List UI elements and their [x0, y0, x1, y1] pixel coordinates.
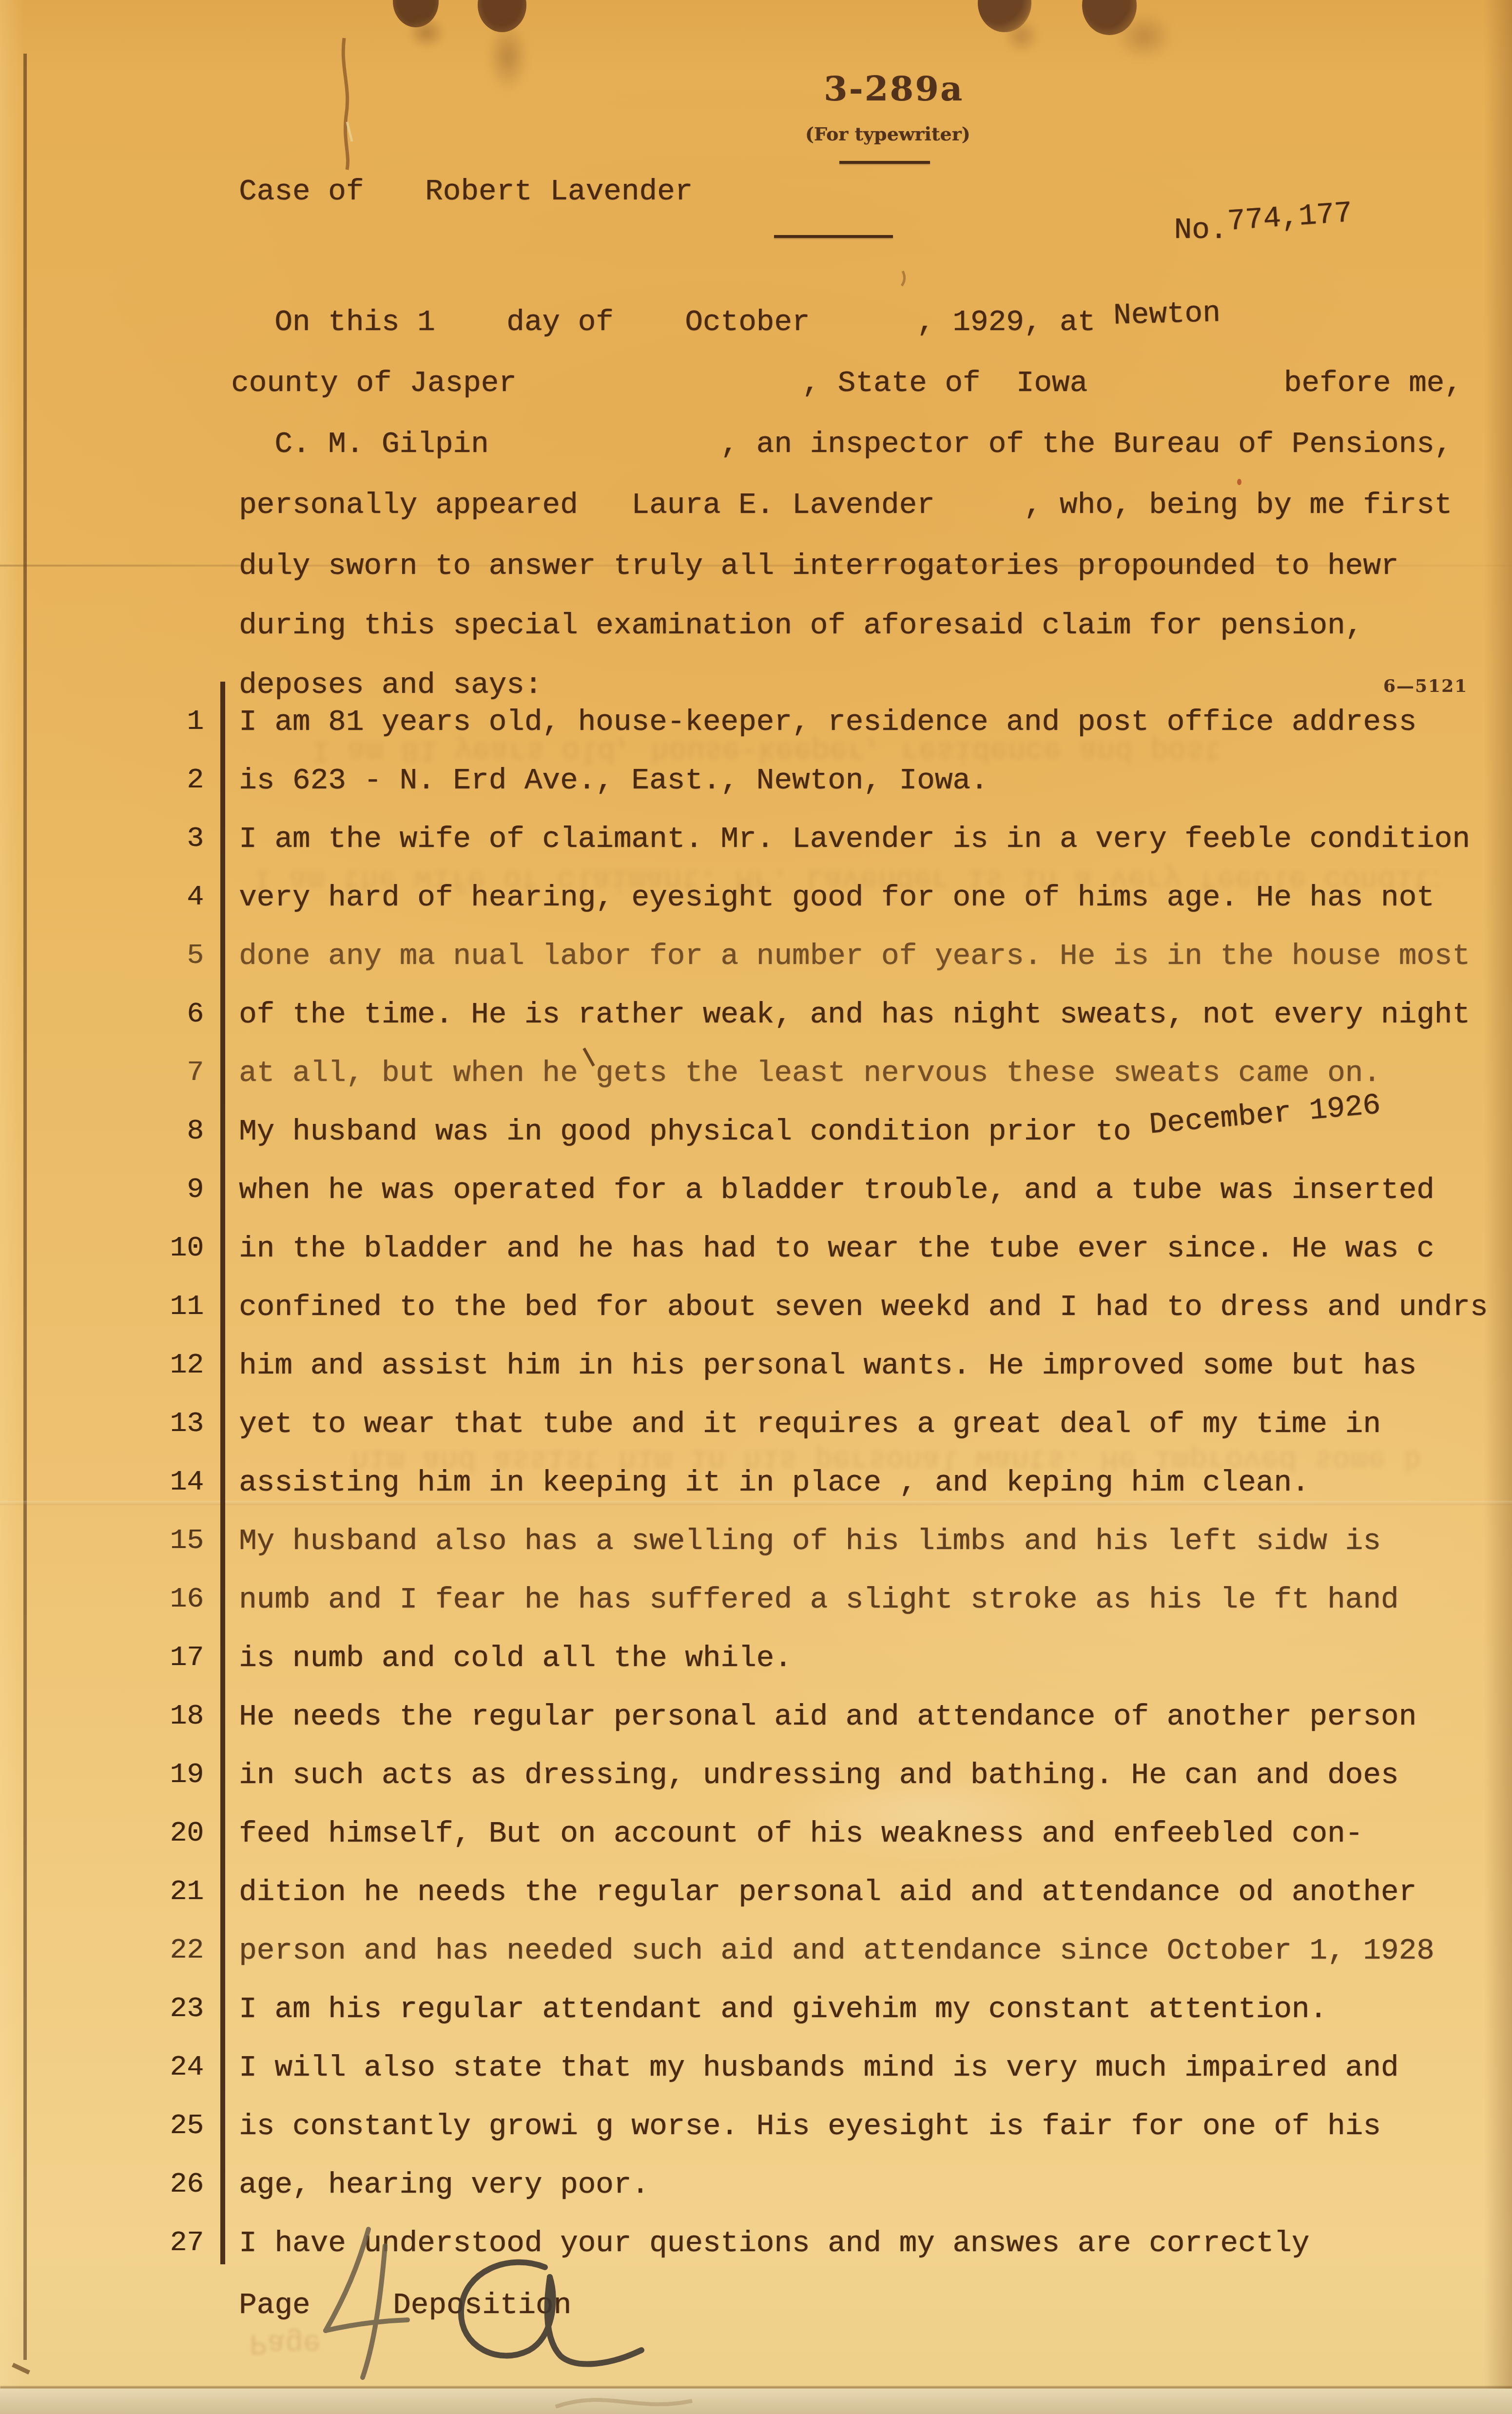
line-text: is constantly growi g worse. His eyesigh… — [239, 2110, 1381, 2143]
line-number: 6 — [0, 999, 204, 1031]
preamble-line: duly sworn to answer truly all interroga… — [239, 550, 1398, 583]
preamble-line: personally appeared Laura E. Lavender , … — [239, 489, 1452, 522]
line-text: I am the wife of claimant. Mr. Lavender … — [239, 823, 1470, 856]
line-text: My husband also has a swelling of his li… — [239, 1525, 1381, 1558]
deposition-line: 8My husband was in good physical conditi… — [0, 1116, 1512, 1174]
punch-hole-shadow — [1003, 18, 1040, 54]
footer-page-label: Page — [239, 2289, 310, 2322]
line-number: 3 — [0, 823, 204, 856]
ghost-offset-text: I am 81 years old, house-keeper, residen… — [312, 732, 1238, 766]
punch-hole-shadow — [1115, 13, 1173, 59]
scanned-deposition-page: 3-289a (For typewriter) Case of Robert L… — [0, 0, 1512, 2414]
preamble-text: On this 1 day of October , 1929, at — [239, 306, 1113, 339]
line-number: 8 — [0, 1116, 204, 1148]
case-number-label: No. — [1174, 214, 1227, 247]
deposition-line: 17is numb and cold all the while. — [0, 1642, 1512, 1701]
line-text: yet to wear that tube and it requires a … — [239, 1408, 1381, 1441]
preamble-line: C. M. Gilpin , an inspector of the Burea… — [239, 428, 1452, 461]
line-number: 18 — [0, 1701, 204, 1733]
line-text: age, hearing very poor. — [239, 2169, 649, 2201]
preamble-line: during this special examination of afore… — [239, 609, 1363, 642]
line-text: person and has needed such aid and atten… — [239, 1935, 1434, 1967]
line-number: 1 — [0, 706, 204, 739]
ghost-offset-text: him and assist him in his personal wants… — [351, 1441, 1423, 1475]
case-number-value: 774,177 — [1226, 197, 1353, 238]
deposition-line: 12him and assist him in his personal wan… — [0, 1350, 1512, 1408]
deposition-line: 10in the bladder and he has had to wear … — [0, 1233, 1512, 1291]
line-number: 25 — [0, 2110, 204, 2143]
line-number: 11 — [0, 1291, 204, 1324]
deposition-line: 22person and has needed such aid and att… — [0, 1935, 1512, 1993]
preamble-line: deposes and says: — [239, 669, 542, 702]
line-text: I will also state that my husbands mind … — [239, 2052, 1398, 2084]
line-text: dition he needs the regular personal aid… — [239, 1876, 1416, 1909]
line-text: when he was operated for a bladder troub… — [239, 1174, 1434, 1207]
divider-rule — [839, 161, 930, 164]
deposition-line: 27I have understood your questions and m… — [0, 2227, 1512, 2286]
deposition-line: 6of the time. He is rather weak, and has… — [0, 999, 1512, 1057]
line-number: 19 — [0, 1759, 204, 1792]
line-text: is numb and cold all the while. — [239, 1642, 792, 1675]
preamble-place: Newton — [1113, 297, 1221, 333]
line-text: He needs the regular personal aid and at… — [239, 1701, 1416, 1733]
ghost-offset-text: I am the wife of claimant. Mr. Lavender … — [253, 861, 1438, 895]
line-text: him and assist him in his personal wants… — [239, 1350, 1416, 1382]
line-text: in the bladder and he has had to wear th… — [239, 1233, 1434, 1265]
underlying-sheet-edge — [0, 2389, 1512, 2414]
form-note: (For typewriter) — [805, 123, 970, 145]
preamble-line: county of Jasper , State of Iowa before … — [231, 367, 1462, 400]
case-of-label: Case of — [239, 176, 364, 208]
line-text: is 623 - N. Erd Ave., East., Newton, Iow… — [239, 765, 988, 797]
deposition-line: 2is 623 - N. Erd Ave., East., Newton, Io… — [0, 765, 1512, 823]
ghost-offset-text: Page — [250, 2325, 406, 2359]
line-text-main: My husband was in good physical conditio… — [239, 1115, 1149, 1149]
deposition-line: 24I will also state that my husbands min… — [0, 2052, 1512, 2110]
case-number: No.774,177 — [1103, 181, 1353, 279]
divider-rule — [774, 235, 893, 238]
print-code: 6—5121 — [1383, 676, 1468, 696]
line-number: 27 — [0, 2227, 204, 2260]
deposition-line: 16numb and I fear he has suffered a slig… — [0, 1584, 1512, 1642]
line-number: 17 — [0, 1642, 204, 1675]
line-number: 10 — [0, 1233, 204, 1265]
deposition-line: 19in such acts as dressing, undressing a… — [0, 1759, 1512, 1818]
deposition-line: 26age, hearing very poor. — [0, 2169, 1512, 2227]
form-number: 3-289a — [824, 68, 964, 109]
line-number: 24 — [0, 2052, 204, 2084]
line-text: done any ma nual labor for a number of y… — [239, 940, 1470, 973]
line-text: I have understood your questions and my … — [239, 2227, 1309, 2260]
line-number: 13 — [0, 1408, 204, 1441]
line-number: 12 — [0, 1350, 204, 1382]
line-number: 14 — [0, 1467, 204, 1499]
deposition-line: 5done any ma nual labor for a number of … — [0, 940, 1512, 999]
punch-hole-shadow — [407, 17, 446, 49]
line-text: of the time. He is rather weak, and has … — [239, 999, 1470, 1031]
line-number: 21 — [0, 1876, 204, 1909]
line-number: 22 — [0, 1935, 204, 1967]
line-text: I am his regular attendant and givehim m… — [239, 1993, 1327, 2026]
ink-speck — [1237, 479, 1241, 485]
line-number: 20 — [0, 1818, 204, 1850]
punch-hole-shadow — [487, 22, 528, 91]
deposition-line: 11confined to the bed for about seven we… — [0, 1291, 1512, 1350]
line-number: 23 — [0, 1993, 204, 2026]
deposition-line: 9when he was operated for a bladder trou… — [0, 1174, 1512, 1233]
deposition-line: 15My husband also has a swelling of his … — [0, 1525, 1512, 1584]
deposition-line: 23I am his regular attendant and givehim… — [0, 1993, 1512, 2052]
line-number: 26 — [0, 2169, 204, 2201]
line-number: 5 — [0, 940, 204, 973]
line-number: 15 — [0, 1525, 204, 1558]
line-text: confined to the bed for about seven week… — [239, 1291, 1488, 1324]
line-text: numb and I fear he has suffered a slight… — [239, 1584, 1398, 1616]
line-text: My husband was in good physical conditio… — [239, 1116, 1381, 1148]
line-number: 9 — [0, 1174, 204, 1207]
footer-deposition-label: Deposition — [393, 2289, 571, 2322]
paper-tear-highlight — [347, 122, 352, 141]
ink-blemish — [902, 271, 905, 286]
line-text: at all, but when he gets the least nervo… — [239, 1057, 1381, 1090]
deposition-line: 14assisting him in keeping it in place ,… — [0, 1467, 1512, 1525]
deposition-line: 18He needs the regular personal aid and … — [0, 1701, 1512, 1759]
claimant-name: Robert Lavender — [425, 176, 693, 208]
line-number: 7 — [0, 1057, 204, 1090]
line-number: 16 — [0, 1584, 204, 1616]
preamble-line: On this 1 day of October , 1929, at Newt… — [239, 306, 1220, 339]
deposition-line: 21dition he needs the regular personal a… — [0, 1876, 1512, 1935]
line-text: in such acts as dressing, undressing and… — [239, 1759, 1398, 1792]
paper-top-shading — [0, 0, 1512, 73]
deposition-line: 20feed himself, But on account of his we… — [0, 1818, 1512, 1876]
line-number: 4 — [0, 882, 204, 914]
line-text: feed himself, But on account of his weak… — [239, 1818, 1363, 1850]
deposition-line: 25is constantly growi g worse. His eyesi… — [0, 2110, 1512, 2169]
line-number: 2 — [0, 765, 204, 797]
